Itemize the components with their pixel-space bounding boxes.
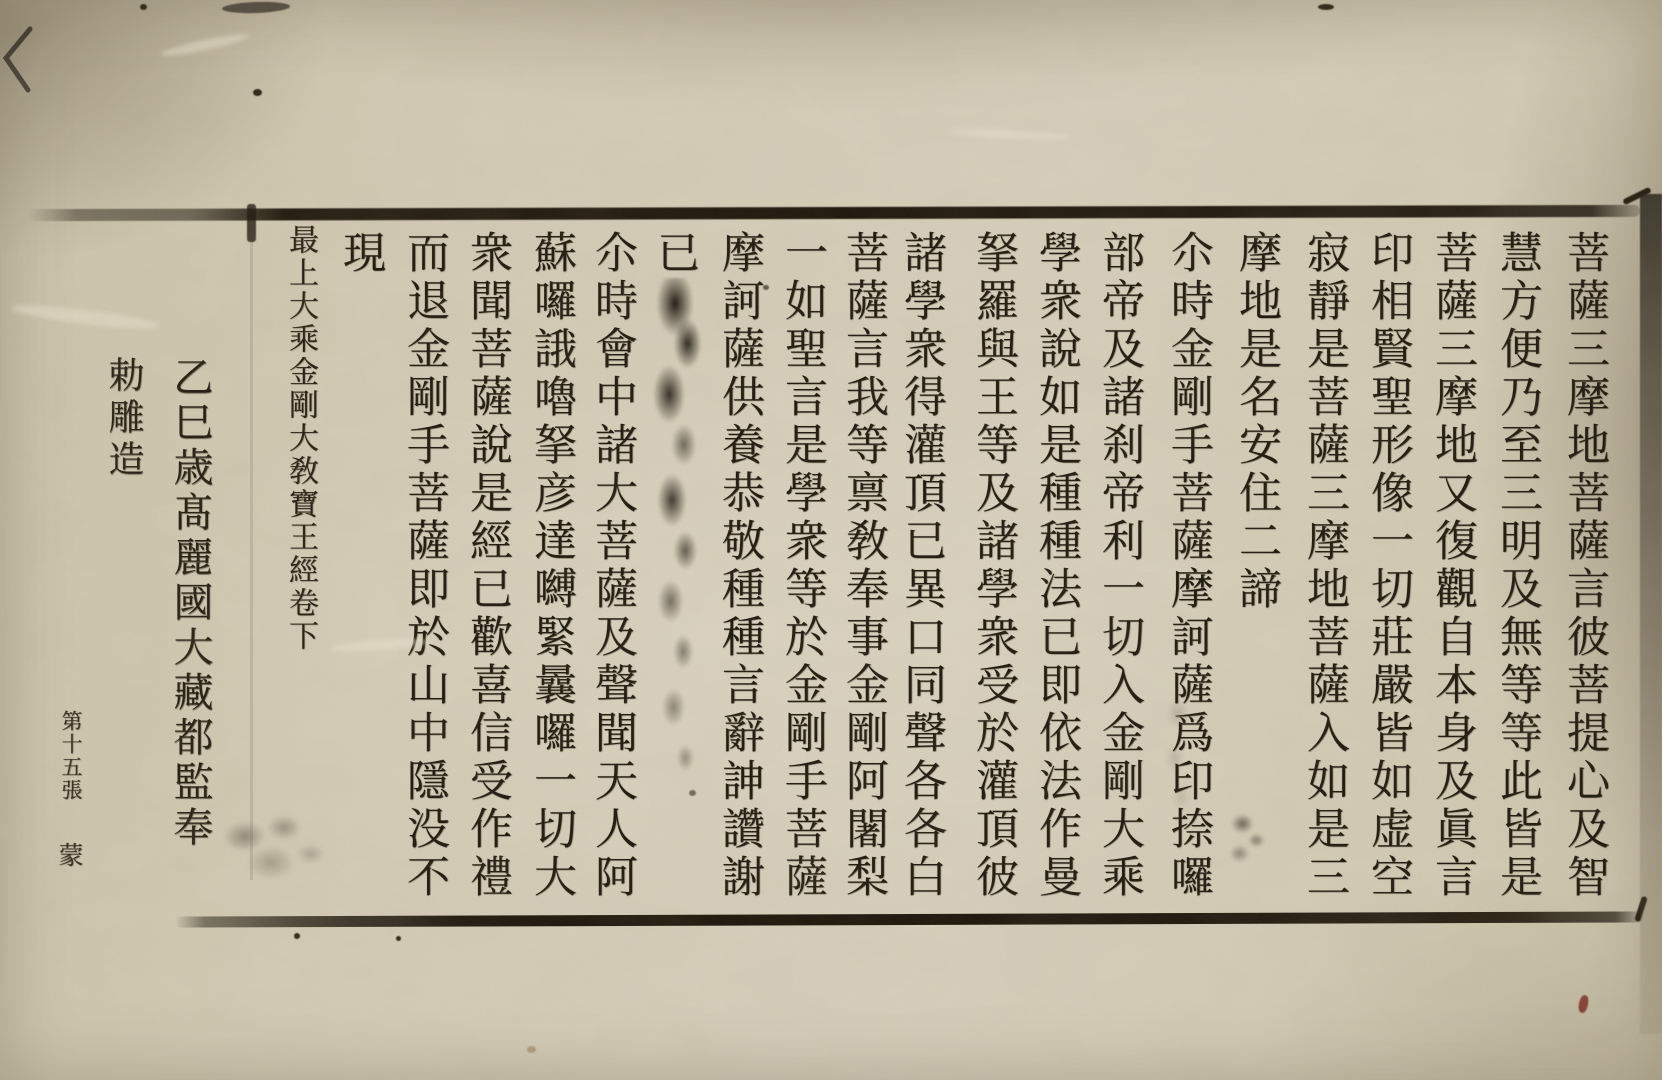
text-column-14: 摩訶薩供養恭敬種種言辭訷讚謝 xyxy=(715,230,765,902)
handwritten-check-mark xyxy=(0,26,40,98)
faint-ink-ghost xyxy=(1148,688,1208,816)
frame-border-top xyxy=(28,205,1640,221)
text-column-03: 菩薩三摩地又復觀自本身及眞言 xyxy=(1428,230,1478,902)
ink-speck xyxy=(140,4,147,10)
text-column-05: 寂靜是菩薩三摩地菩薩入如是三 xyxy=(1300,230,1350,902)
frame-border-left-stub xyxy=(247,204,256,242)
volume-marker: 蒙 xyxy=(56,842,82,867)
text-column-10: 拏羅與王等及諸學衆受於灌頂彼 xyxy=(969,230,1019,902)
frame-border-left-faint xyxy=(250,240,253,880)
text-column-01: 菩薩三摩地菩薩言彼菩提心及智 xyxy=(1560,230,1610,902)
top-edge-ink-streak xyxy=(222,1,290,14)
brown-paper-fleck xyxy=(527,1046,536,1053)
text-column-13: 一如聖言是學衆等於金剛手菩薩 xyxy=(778,230,828,902)
frame-border-bottom xyxy=(175,911,1645,927)
text-column-09: 學衆說如是種種法已即依法作曼 xyxy=(1032,230,1082,902)
ink-speck xyxy=(1318,4,1334,10)
ink-speck xyxy=(763,285,769,290)
text-column-02: 慧方便乃至三明及無等等此皆是 xyxy=(1493,230,1543,902)
text-column-04: 印相賢聖形像一切莊嚴皆如虚空 xyxy=(1364,230,1414,902)
sheet-number-label: 第十五張 xyxy=(59,710,83,802)
text-column-15: 已 xyxy=(650,230,700,278)
ink-speck xyxy=(689,790,696,796)
text-column-17: 蘇囉誐嚕拏彦達嚩緊曩囉一切大 xyxy=(527,230,577,902)
text-column-08: 部帝及諸刹帝利一切入金剛大乘 xyxy=(1095,230,1145,902)
paper-fibre-streak xyxy=(160,31,250,59)
text-column-16: 尒時會中諸大菩薩及聲聞天人阿 xyxy=(588,230,638,902)
colophon-column-1: 乙巳歳髙麗國大藏都監奉 xyxy=(167,356,213,851)
page-edge-right-shadow xyxy=(1640,194,1662,1034)
ink-speck xyxy=(253,89,262,96)
paper-fibre-streak xyxy=(10,301,161,333)
text-column-11: 諸學衆得灌頂已異口同聲各各白 xyxy=(897,230,947,902)
ink-blot xyxy=(641,278,715,783)
text-column-18: 衆聞菩薩說是經已歡喜信受作禮 xyxy=(463,230,513,902)
gray-stain-bottom-left xyxy=(205,810,337,898)
text-column-19: 而退金剛手菩薩即於山中隱没不 xyxy=(400,230,450,902)
text-column-06: 摩地是名安住二諦 xyxy=(1232,230,1282,614)
paper-fibre-streak xyxy=(950,127,1070,142)
sutra-page-photo: 菩薩三摩地菩薩言彼菩提心及智 慧方便乃至三明及無等等此皆是 菩薩三摩地又復觀自本… xyxy=(0,0,1662,1080)
red-paper-fleck xyxy=(1577,994,1590,1013)
colophon-column-2: 勅雕造 xyxy=(103,356,143,482)
ink-smudge-below-column-6 xyxy=(1220,804,1276,870)
ink-speck xyxy=(396,936,401,941)
text-column-12: 菩薩言我等禀敎奉事金剛阿闍梨 xyxy=(839,230,889,902)
end-title-column: 最上大乘金剛大敎寶王經卷下 xyxy=(282,224,318,653)
text-column-20: 現 xyxy=(336,230,386,278)
ink-speck xyxy=(294,933,300,939)
